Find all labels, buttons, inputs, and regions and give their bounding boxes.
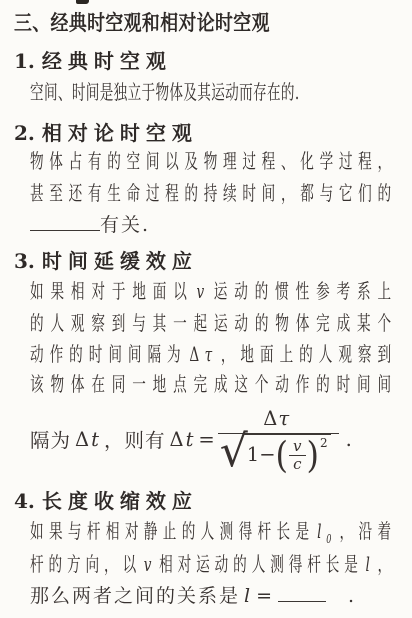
period: . bbox=[348, 585, 356, 607]
length-symbol: l bbox=[366, 552, 375, 576]
section-4-text-line1: 如果与杆相对静止的人测得杆长是l0，沿着 bbox=[30, 518, 396, 552]
section-3-title: 时间延缓效应 bbox=[42, 249, 198, 273]
section-1-title: 经典时空观 bbox=[42, 49, 172, 73]
exponent: 2 bbox=[320, 436, 328, 450]
subscript-zero: 0 bbox=[326, 532, 336, 546]
fill-in-blank bbox=[278, 584, 326, 602]
time-symbol: t bbox=[186, 428, 195, 451]
time-symbol: t bbox=[91, 428, 100, 451]
section-2-text-line2: 甚至还有生命过程的持续时间，都与它们的 bbox=[30, 180, 396, 206]
text-segment: ，则有 bbox=[104, 425, 166, 453]
section-2-heading: 2.相对论时空观 bbox=[14, 117, 198, 146]
scan-artifact bbox=[76, 0, 89, 4]
section-1-heading: 1.经典时空观 bbox=[14, 45, 172, 74]
section-2-fill-blank-line: 有关. bbox=[30, 212, 150, 238]
fill-in-blank bbox=[30, 213, 100, 231]
fraction: Δτ √ 1− ( v c ) 2 bbox=[218, 407, 339, 472]
page-title: 三、经典时空观和相对论时空观 bbox=[14, 7, 270, 37]
section-3-heading: 3.时间延缓效应 bbox=[14, 245, 198, 274]
tau-symbol: τ bbox=[205, 342, 217, 366]
text-segment: 动作的时间间隔为 bbox=[30, 342, 187, 366]
section-1-number: 1. bbox=[14, 49, 35, 73]
section-4-text-line2: 杆的方向，以v相对运动的人测得杆长是l， bbox=[30, 551, 396, 577]
length-symbol: l bbox=[244, 585, 252, 607]
text-segment: 如果相对于地面以 bbox=[30, 279, 194, 303]
textbook-page: 三、经典时空观和相对论时空观 1.经典时空观 空间、时间是独立于物体及其运动而存… bbox=[0, 0, 412, 618]
delta-symbol: Δ bbox=[263, 407, 277, 430]
length-symbol: l bbox=[317, 519, 326, 543]
fraction-numerator: Δτ bbox=[257, 407, 299, 433]
section-3-text-line1: 如果相对于地面以v运动的惯性参考系上 bbox=[30, 278, 396, 304]
time-dilation-formula: 隔为 Δt ，则有 Δt = Δτ √ 1− ( v c ) 2 bbox=[30, 399, 353, 479]
fraction-denominator: √ 1− ( v c ) 2 bbox=[218, 433, 339, 472]
section-4-title: 长度收缩效应 bbox=[42, 489, 198, 513]
text-segment: 相对运动的人测得杆长是 bbox=[159, 552, 363, 576]
radicand: 1− ( v c ) 2 bbox=[244, 434, 331, 472]
section-2-number: 2. bbox=[14, 121, 35, 145]
section-4-heading: 4.长度收缩效应 bbox=[14, 485, 198, 514]
text-segment: 杆的方向，以 bbox=[30, 552, 141, 576]
text-segment: 如果与杆相对静止的人测得杆长是 bbox=[30, 519, 314, 543]
equals-sign: = bbox=[256, 585, 274, 607]
velocity-symbol: v bbox=[289, 438, 305, 456]
open-paren: ( bbox=[276, 437, 288, 472]
v-over-c-fraction: v c bbox=[289, 438, 305, 472]
section-1-text: 空间、时间是独立于物体及其运动而存在的. bbox=[30, 79, 396, 105]
text-segment: ，沿着 bbox=[339, 519, 396, 543]
period: . bbox=[346, 428, 353, 451]
text-segment: 隔为 bbox=[30, 425, 71, 453]
text-segment: ， bbox=[377, 552, 396, 576]
tau-symbol: τ bbox=[278, 407, 289, 430]
section-3-number: 3. bbox=[14, 249, 35, 273]
one-minus: 1− bbox=[247, 443, 276, 466]
section-2-text-line1: 物体占有的空间以及物理过程、化学过程， bbox=[30, 148, 396, 174]
velocity-symbol: v bbox=[144, 552, 156, 576]
section-4-number: 4. bbox=[14, 489, 35, 513]
delta-symbol: Δ bbox=[75, 428, 90, 451]
section-3-text-line3: 动作的时间间隔为Δτ，地面上的人观察到 bbox=[30, 341, 396, 367]
delta-symbol: Δ bbox=[169, 428, 184, 451]
blank-suffix-text: 有关. bbox=[100, 214, 150, 236]
velocity-symbol: v bbox=[196, 279, 208, 303]
equals-sign: = bbox=[198, 428, 215, 451]
light-speed-symbol: c bbox=[293, 456, 301, 472]
text-segment: 运动的惯性参考系上 bbox=[212, 279, 396, 303]
section-2-title: 相对论时空观 bbox=[42, 121, 198, 145]
delta-symbol: Δ bbox=[189, 342, 204, 366]
text-segment: ，地面上的人观察到 bbox=[220, 342, 396, 366]
section-3-text-line4: 该物体在同一地点完成这个动作的时间间 bbox=[30, 371, 396, 397]
close-paren: ) bbox=[307, 437, 319, 472]
rest-length-symbol: l0 bbox=[317, 519, 336, 543]
section-3-text-line2: 的人观察到与其一起运动的物体完成某个 bbox=[30, 310, 396, 336]
text-segment: 那么两者之间的关系是 bbox=[30, 585, 240, 607]
section-4-fill-blank-line: 那么两者之间的关系是l=. bbox=[30, 583, 356, 609]
